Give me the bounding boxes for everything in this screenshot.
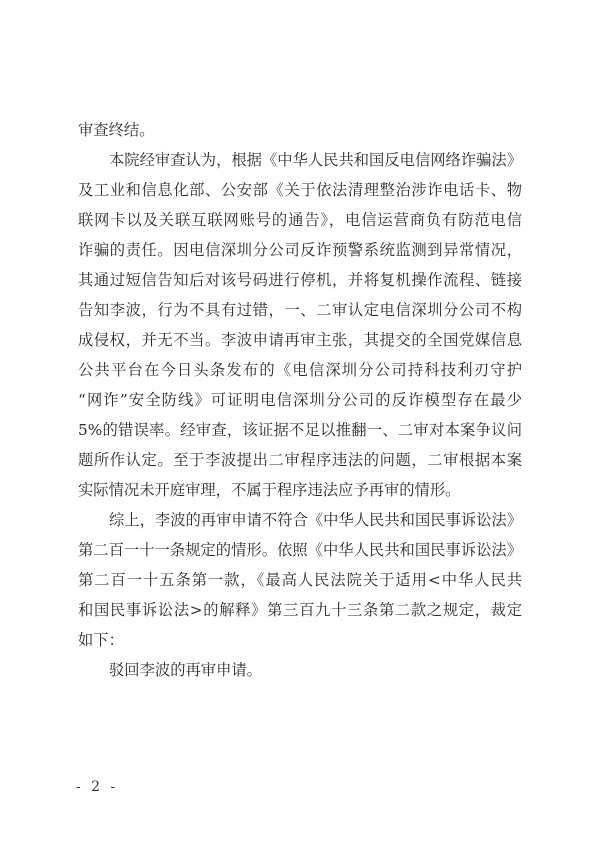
text-line: 和国民事诉讼法>的解释》第三百九十三条第二款之规定，裁定 — [78, 595, 522, 625]
text-line: 题所作认定。至于李波提出二审程序违法的问题，二审根据本案 — [78, 445, 522, 475]
text-line: 实际情况未开庭审理，不属于程序违法应予再审的情形。 — [78, 475, 522, 505]
text-line: 5%的错误率。经审查，该证据不足以推翻一、二审对本案争议问 — [78, 415, 522, 445]
text-line: 如下： — [78, 625, 522, 655]
text-line: 成侵权，并无不当。李波申请再审主张，其提交的全国党媒信息 — [78, 325, 522, 355]
text-line: 公共平台在今日头条发布的《电信深圳分公司持科技利刃守护 — [78, 355, 522, 385]
text-line: 其通过短信告知后对该号码进行停机，并将复机操作流程、链接 — [78, 265, 522, 295]
text-line: 联网卡以及关联互联网账号的通告》，电信运营商负有防范电信 — [78, 205, 522, 235]
ruling-line: 驳回李波的再审申请。 — [78, 655, 522, 685]
document-page: 审查终结。 本院经审查认为，根据《中华人民共和国反电信网络诈骗法》 及工业和信息… — [0, 0, 599, 848]
text-line: 审查终结。 — [78, 115, 522, 145]
page-number: - 2 - — [76, 778, 118, 796]
document-body: 审查终结。 本院经审查认为，根据《中华人民共和国反电信网络诈骗法》 及工业和信息… — [78, 115, 522, 685]
text-line: 第二百一十一条规定的情形。依照《中华人民共和国民事诉讼法》 — [78, 535, 522, 565]
text-line: 综上，李波的再审申请不符合《中华人民共和国民事诉讼法》 — [78, 505, 522, 535]
text-line: 第二百一十五条第一款，《最高人民法院关于适用<中华人民共 — [78, 565, 522, 595]
text-line: 本院经审查认为，根据《中华人民共和国反电信网络诈骗法》 — [78, 145, 522, 175]
text-line: “网诈”安全防线》可证明电信深圳分公司的反诈模型存在最少 — [78, 385, 522, 415]
text-line: 告知李波，行为不具有过错，一、二审认定电信深圳分公司不构 — [78, 295, 522, 325]
text-line: 及工业和信息化部、公安部《关于依法清理整治涉诈电话卡、物 — [78, 175, 522, 205]
text-line: 诈骗的责任。因电信深圳分公司反诈预警系统监测到异常情况， — [78, 235, 522, 265]
